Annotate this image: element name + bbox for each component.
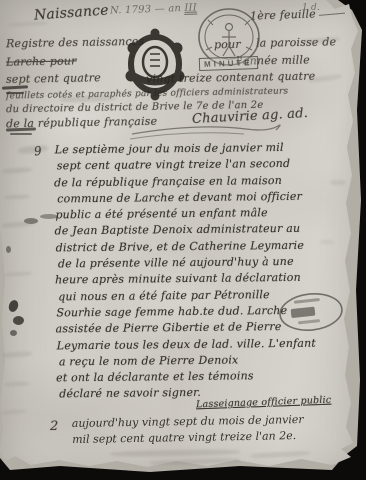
act-paragraph: Le septième jour du mois de janvier mil … — [55, 140, 317, 403]
bleed-through-mark — [330, 180, 346, 185]
minute-stamp-label: MINUTE — [199, 56, 258, 71]
closing-block: aujourd'huy vingt sept du mois de janvie… — [72, 412, 304, 448]
pencil-reference: N. 1793 — an III — [110, 2, 197, 16]
scan-background: Naissance N. 1793 — an III 1ère feuille … — [0, 0, 366, 480]
corner-note: 1 d. — [302, 3, 320, 13]
fiscal-stamp-seal — [120, 26, 190, 102]
archive-oval-stamp — [275, 288, 347, 337]
ink-blot — [13, 316, 24, 325]
ink-blot — [6, 246, 11, 253]
ink-scribble — [6, 92, 24, 94]
ink-blot — [10, 330, 17, 336]
header-line: sept cent quatre — [6, 71, 101, 86]
header-line-struck: Larche pour — [6, 54, 77, 68]
bleed-through-mark — [320, 240, 334, 244]
ink-blot — [40, 214, 58, 219]
ink-scribble — [10, 133, 32, 135]
page-number: 2 — [50, 419, 58, 434]
